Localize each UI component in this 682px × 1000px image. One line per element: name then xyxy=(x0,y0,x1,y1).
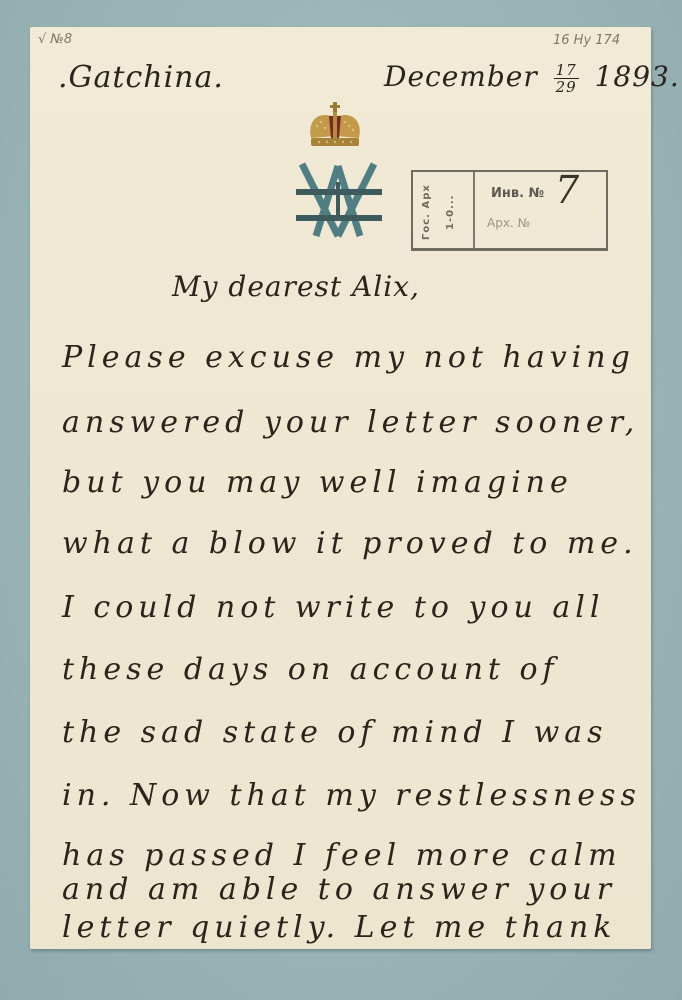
archive-pencil-mark-right: 16 Ну 174 xyxy=(553,33,620,48)
letter-salutation: My dearest Alix, xyxy=(172,270,420,303)
letter-place: .Gatchina. xyxy=(58,60,224,95)
letter-date: December 17 29 1893. xyxy=(384,60,680,95)
stamp-archive-name: Гос. Арх xyxy=(421,184,432,240)
stamp-divider xyxy=(473,172,475,248)
stamp-inventory-number: 7 xyxy=(555,168,579,212)
imperial-crown-icon xyxy=(305,100,365,156)
letter-line: answered your letter sooner, xyxy=(62,405,639,440)
letter-line: these days on account of xyxy=(62,652,559,687)
stamp-inventory-label: Инв. № xyxy=(491,186,544,201)
date-day-fraction: 17 29 xyxy=(554,62,579,95)
letter-line: in. Now that my restlessness xyxy=(62,778,641,813)
letter-line: Please excuse my not having xyxy=(62,340,635,375)
interlaced-monogram-icon xyxy=(296,160,382,240)
date-year: 1893. xyxy=(595,60,680,93)
letter-line: I could not write to you all xyxy=(62,590,604,625)
letter-line: the sad state of mind I was xyxy=(62,715,608,750)
stamp-archive-code: 1-0... xyxy=(445,195,456,230)
date-day-old-style: 17 xyxy=(554,62,579,79)
letter-line: and am able to answer your xyxy=(62,872,616,907)
letter-line: has passed I feel more calm xyxy=(62,838,622,873)
stamp-archive-label: Арх. № xyxy=(487,216,530,230)
date-month: December xyxy=(384,60,538,93)
stamp-vertical-text: Гос. Арх 1-0... xyxy=(417,176,467,242)
archive-pencil-mark-left: √ №8 xyxy=(38,32,72,47)
archive-stamp: Гос. Арх 1-0... Инв. № Арх. № 7 xyxy=(411,170,608,251)
letter-line: but you may well imagine xyxy=(62,465,573,500)
date-day-new-style: 29 xyxy=(554,79,579,95)
letter-line: what a blow it proved to me. xyxy=(62,526,638,561)
letter-line: letter quietly. Let me thank xyxy=(62,910,616,945)
